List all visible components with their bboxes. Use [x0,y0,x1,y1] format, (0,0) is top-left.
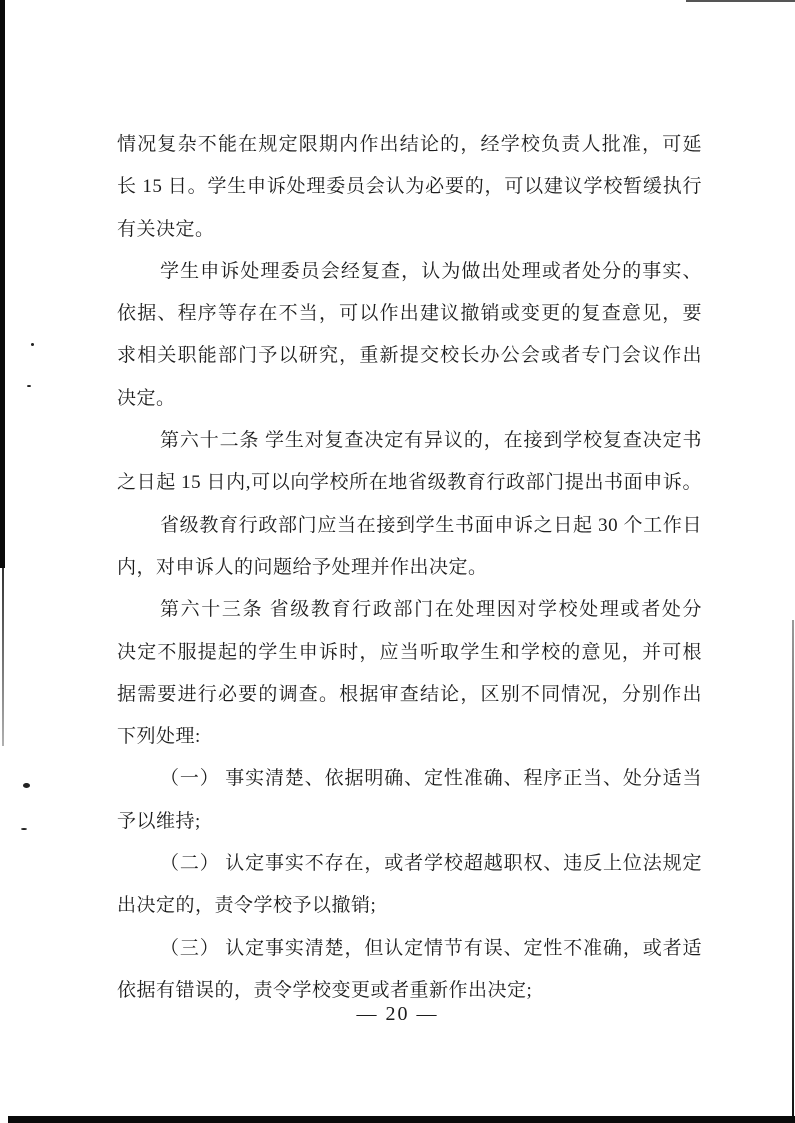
text-line: （二） 认定事实不存在，或者学校超越职权、违反上位法规定作 [117,843,702,885]
scan-speck [21,828,27,830]
text-line: 决定不服提起的学生申诉时，应当听取学生和学校的意见，并可根 [117,632,702,674]
scan-edge-right-line [792,620,794,1123]
text-line: 出决定的，责令学校予以撤销; [117,885,702,927]
text-line: 求相关职能部门予以研究，重新提交校长办公会或者专门会议作出 [117,335,702,377]
page-number: — 20 — [0,1001,795,1027]
scan-speck [31,343,34,346]
text-line: （三） 认定事实清楚，但认定情节有误、定性不准确，或者适用 [117,928,702,970]
text-line: 依据、程序等存在不当，可以作出建议撤销或变更的复查意见，要 [117,293,702,335]
text-line: 第六十二条 学生对复查决定有异议的，在接到学校复查决定书 [117,420,702,462]
document-body: 情况复杂不能在规定限期内作出结论的，经学校负责人批准，可延长 15 日。学生申诉… [117,124,702,1012]
scanned-document-page: 情况复杂不能在规定限期内作出结论的，经学校负责人批准，可延长 15 日。学生申诉… [0,0,795,1123]
scan-edge-left-thin-line [2,568,4,746]
text-line: 之日起 15 日内,可以向学校所在地省级教育行政部门提出书面申诉。 [117,462,702,504]
text-line: 决定。 [117,378,702,420]
text-line: 情况复杂不能在规定限期内作出结论的，经学校负责人批准，可延 [117,124,702,166]
text-line: 内，对申诉人的问题给予处理并作出决定。 [117,547,702,589]
scan-edge-left-bar [0,0,5,568]
text-line: 学生申诉处理委员会经复查，认为做出处理或者处分的事实、 [117,251,702,293]
text-line: （一） 事实清楚、依据明确、定性准确、程序正当、处分适当的， [117,758,702,800]
text-line: 第六十三条 省级教育行政部门在处理因对学校处理或者处分 [117,589,702,631]
text-line: 予以维持; [117,801,702,843]
text-line: 下列处理: [117,716,702,758]
scan-edge-bottom-bar [8,1116,795,1123]
scan-speck [27,385,31,387]
text-line: 有关决定。 [117,209,702,251]
scan-speck [23,783,30,788]
text-line: 据需要进行必要的调查。根据审查结论，区别不同情况，分别作出 [117,674,702,716]
text-line: 长 15 日。学生申诉处理委员会认为必要的，可以建议学校暂缓执行 [117,166,702,208]
scan-edge-top-right-line [686,0,795,2]
text-line: 省级教育行政部门应当在接到学生书面申诉之日起 30 个工作日 [117,505,702,547]
